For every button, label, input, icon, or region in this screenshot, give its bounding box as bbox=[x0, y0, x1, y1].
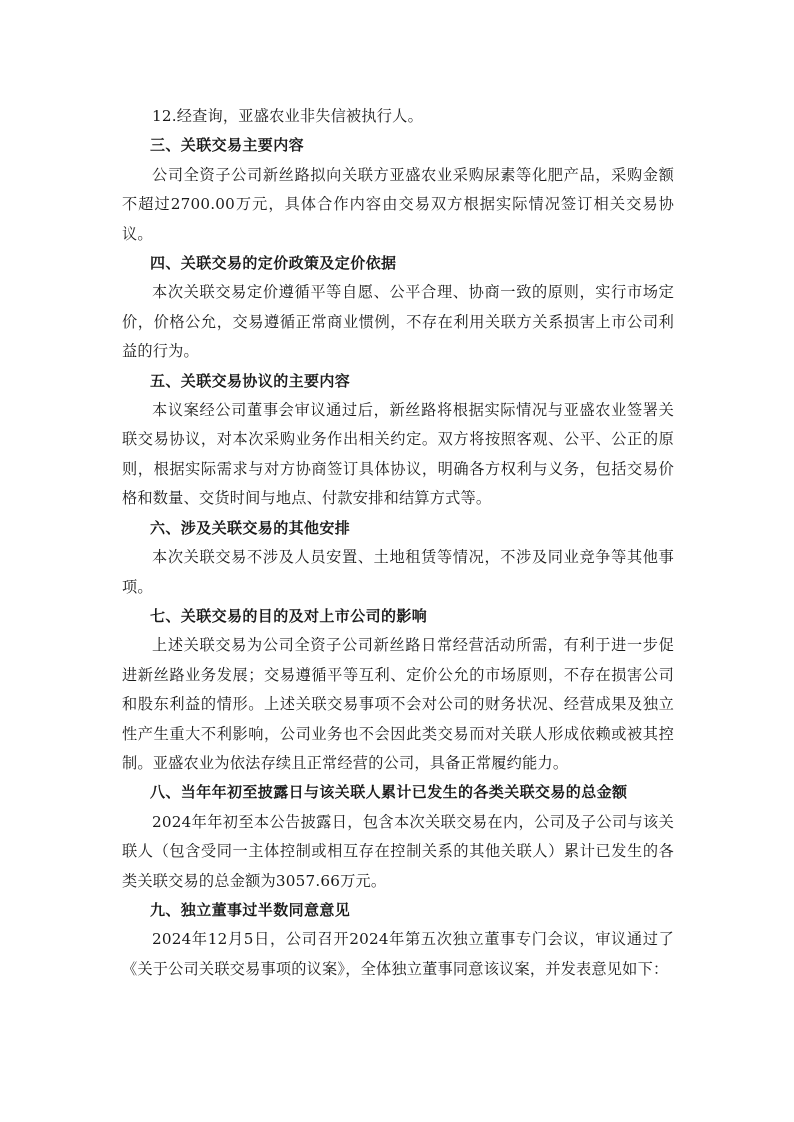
document-page: 12.经查询，亚盛农业非失信被执行人。 三、关联交易主要内容 公司全资子公司新丝… bbox=[122, 102, 674, 984]
section-heading-7: 七、关联交易的目的及对上市公司的影响 bbox=[122, 602, 674, 631]
paragraph-purpose-impact: 上述关联交易为公司全资子公司新丝路日常经营活动所需，有利于进一步促进新丝路业务发… bbox=[122, 631, 674, 778]
section-heading-4: 四、关联交易的定价政策及定价依据 bbox=[122, 249, 674, 278]
paragraph-other-arrangements: 本次关联交易不涉及人员安置、土地租赁等情况，不涉及同业竞争等其他事项。 bbox=[122, 543, 674, 602]
section-heading-5: 五、关联交易协议的主要内容 bbox=[122, 367, 674, 396]
paragraph-pricing-policy: 本次关联交易定价遵循平等自愿、公平合理、协商一致的原则，实行市场定价，价格公允，… bbox=[122, 278, 674, 366]
paragraph-independent-directors: 2024年12月5日，公司召开2024年第五次独立董事专门会议，审议通过了《关于… bbox=[122, 925, 674, 984]
section-heading-8: 八、当年年初至披露日与该关联人累计已发生的各类关联交易的总金额 bbox=[122, 778, 674, 807]
paragraph-item-12: 12.经查询，亚盛农业非失信被执行人。 bbox=[122, 102, 674, 131]
section-heading-3: 三、关联交易主要内容 bbox=[122, 131, 674, 160]
paragraph-agreement-content: 本议案经公司董事会审议通过后，新丝路将根据实际情况与亚盛农业签署关联交易协议，对… bbox=[122, 396, 674, 514]
section-heading-6: 六、涉及关联交易的其他安排 bbox=[122, 514, 674, 543]
paragraph-transaction-content: 公司全资子公司新丝路拟向关联方亚盛农业采购尿素等化肥产品，采购金额不超过2700… bbox=[122, 161, 674, 249]
section-heading-9: 九、独立董事过半数同意意见 bbox=[122, 896, 674, 925]
paragraph-cumulative-amount: 2024年年初至本公告披露日，包含本次关联交易在内，公司及子公司与该关联人（包含… bbox=[122, 808, 674, 896]
